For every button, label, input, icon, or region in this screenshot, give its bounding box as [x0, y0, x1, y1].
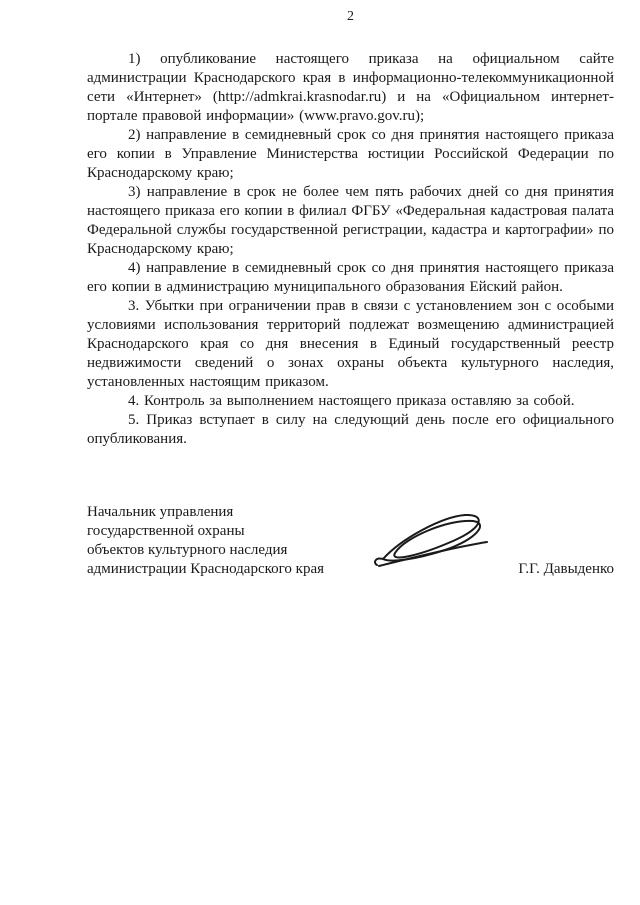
paragraph-subitem-3: 3) направление в срок не более чем пять …	[87, 183, 614, 259]
paragraph-subitem-1: 1) опубликование настоящего приказа на о…	[87, 50, 614, 126]
signatory-name: Г.Г. Давыденко	[514, 560, 614, 579]
signatory-position-line: объектов культурного наследия	[87, 541, 355, 560]
signature-area	[355, 503, 514, 579]
signatory-position-line: администрации Краснодарского края	[87, 560, 355, 579]
document-page: 2 1) опубликование настоящего приказа на…	[0, 0, 640, 905]
signatory-position-line: государственной охраны	[87, 522, 355, 541]
signature-block: Начальник управления государственной охр…	[87, 503, 614, 579]
handwritten-signature-icon	[367, 505, 493, 571]
signatory-position-line: Начальник управления	[87, 503, 355, 522]
signatory-position: Начальник управления государственной охр…	[87, 503, 355, 579]
paragraph-item-4: 4. Контроль за выполнением настоящего пр…	[87, 392, 614, 411]
paragraph-item-3: 3. Убытки при ограничении прав в связи с…	[87, 297, 614, 392]
paragraph-subitem-2: 2) направление в семидневный срок со дня…	[87, 126, 614, 183]
paragraph-item-5: 5. Приказ вступает в силу на следующий д…	[87, 411, 614, 449]
page-number: 2	[87, 8, 614, 26]
paragraph-subitem-4: 4) направление в семидневный срок со дня…	[87, 259, 614, 297]
document-body: 1) опубликование настоящего приказа на о…	[87, 50, 614, 449]
